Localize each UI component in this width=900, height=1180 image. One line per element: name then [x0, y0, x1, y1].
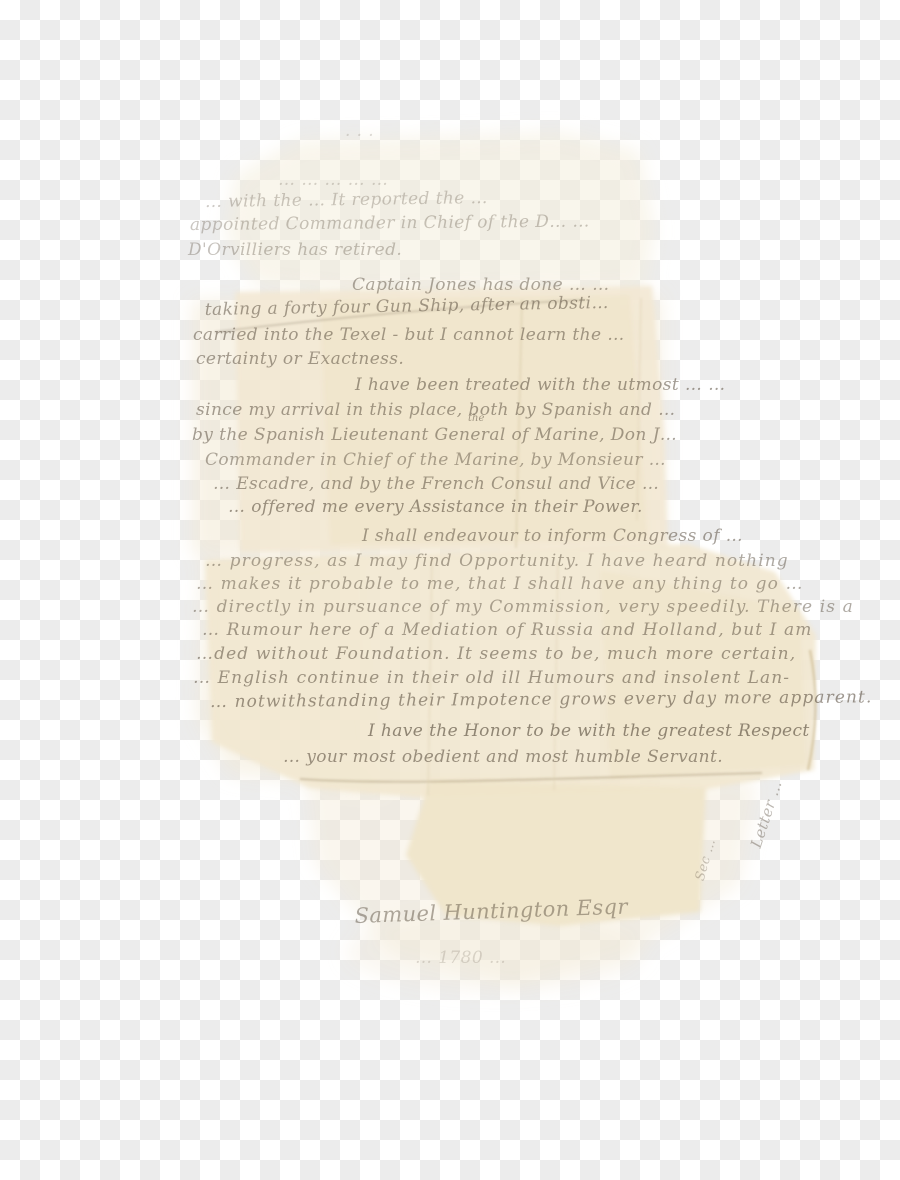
letter-line: … makes it probable to me, that I shall …	[196, 576, 804, 593]
letter-line: I shall endeavour to inform Congress of …	[362, 528, 743, 545]
handwriting-layer: · · · … … … … … … with the … It reported…	[0, 0, 900, 1180]
letter-line: … progress, as I may find Opportunity. I…	[205, 553, 789, 570]
letter-line: … notwithstanding their Impotence grows …	[210, 689, 873, 711]
letter-line: … offered me every Assistance in their P…	[228, 499, 643, 516]
letter-line: I have the Honor to be with the greatest…	[368, 723, 810, 740]
letter-line: Commander in Chief of the Marine, by Mon…	[205, 452, 666, 469]
letter-line: · · ·	[345, 128, 374, 145]
letter-line: Captain Jones has done … …	[352, 277, 610, 294]
superscript-word: the	[468, 414, 484, 424]
letter-line: appointed Commander in Chief of the D… …	[190, 214, 590, 234]
letter-line: … … … … …	[278, 172, 388, 189]
letter-line: since my arrival in this place, both by …	[196, 402, 676, 419]
transparent-canvas: · · · … … … … … … with the … It reported…	[0, 0, 900, 1180]
letter-line: certainty or Exactness.	[196, 351, 404, 368]
letter-line: … Rumour here of a Mediation of Russia a…	[202, 622, 812, 639]
letter-line: … directly in pursuance of my Commission…	[192, 599, 854, 616]
docket-note: Sec …	[694, 837, 718, 882]
letter-line: carried into the Texel - but I cannot le…	[193, 327, 625, 344]
letter-line: I have been treated with the utmost … …	[355, 377, 725, 394]
letter-line: D'Orvilliers has retired.	[188, 242, 402, 259]
postscript-line: … 1780 …	[415, 950, 506, 967]
docket-note: Letter …	[749, 779, 785, 850]
letter-line: …ded without Foundation. It seems to be,…	[196, 646, 796, 663]
letter-line: … your most obedient and most humble Ser…	[283, 749, 723, 766]
letter-line: … with the … It reported the …	[205, 190, 488, 211]
letter-line: taking a forty four Gun Ship, after an o…	[205, 295, 609, 319]
letter-line: … Escadre, and by the French Consul and …	[213, 476, 659, 493]
letter-line: … English continue in their old ill Humo…	[193, 670, 790, 687]
letter-line: by the Spanish Lieutenant General of Mar…	[192, 427, 677, 444]
addressee-line: Samuel Huntington Esqr	[354, 896, 628, 927]
